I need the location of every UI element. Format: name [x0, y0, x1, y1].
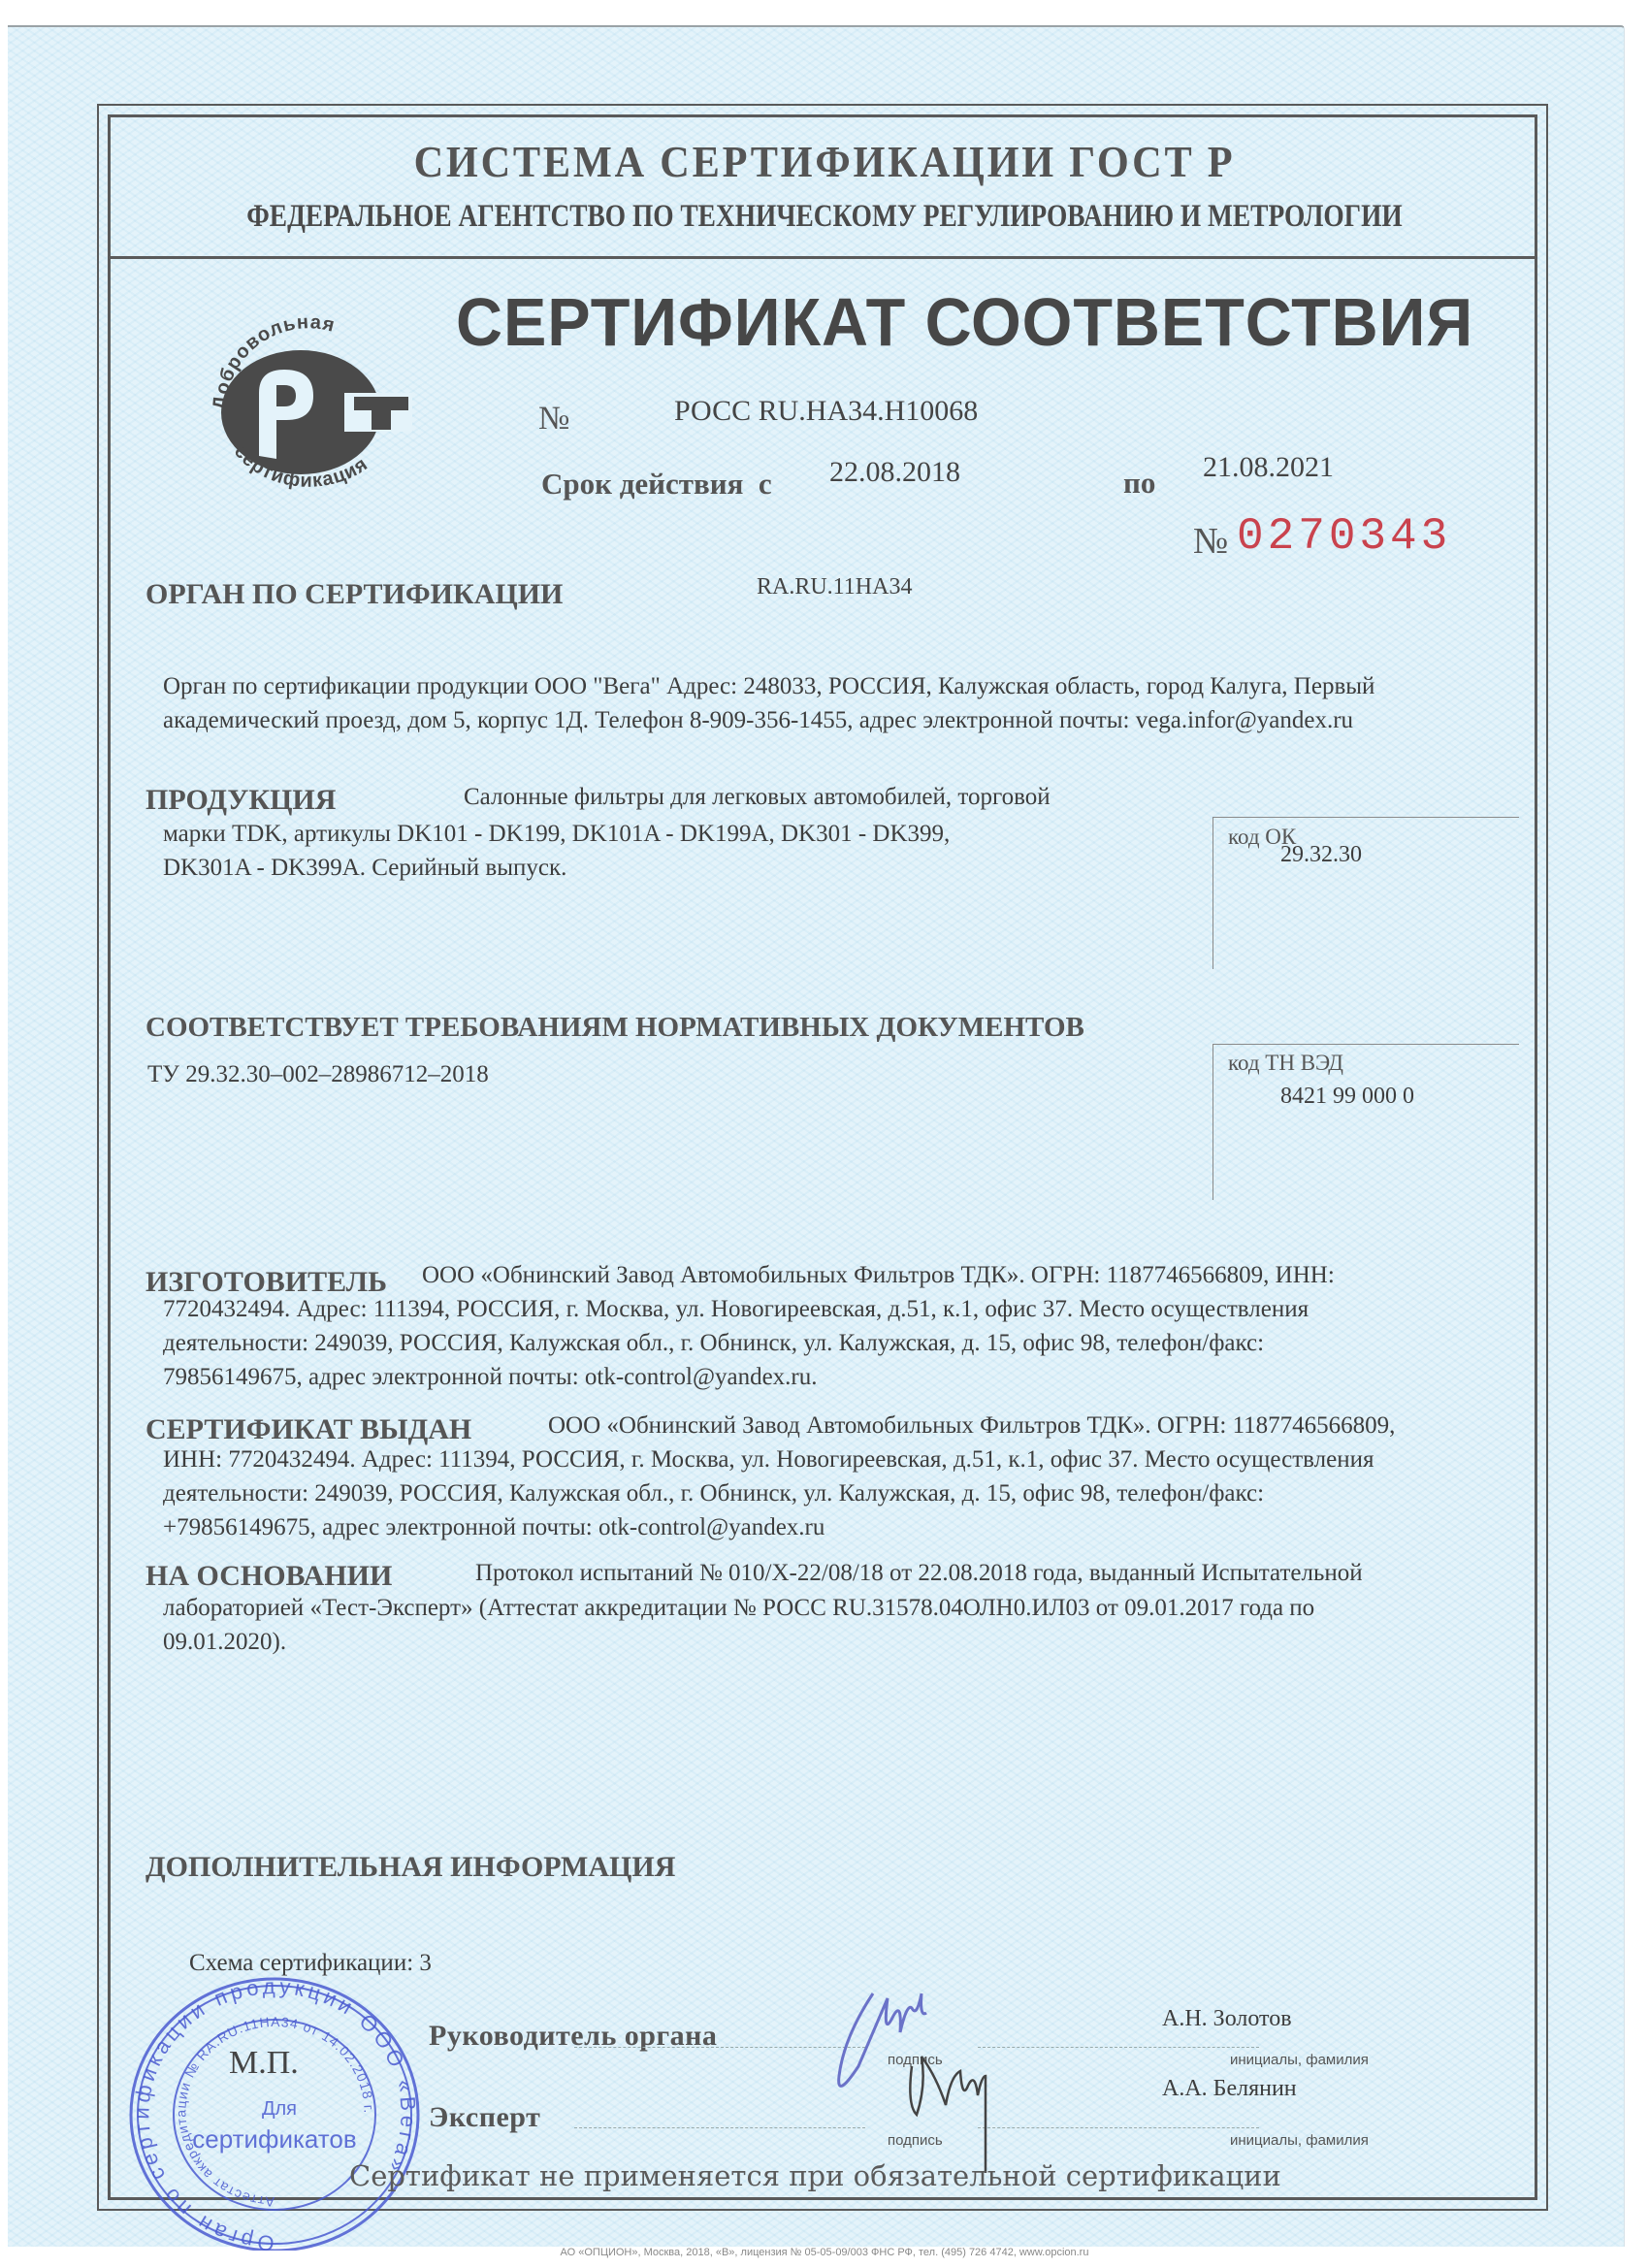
conformity-heading: СООТВЕТСТВУЕТ ТРЕБОВАНИЯМ НОРМАТИВНЫХ ДО…: [145, 1012, 1084, 1044]
organization-stamp-icon: Орган по сертификации продукции ООО «Вег…: [124, 1969, 425, 2251]
stamp-place-label: М.П.: [229, 2045, 299, 2082]
head-name-caption: инициалы, фамилия: [1230, 2052, 1369, 2068]
validity-label: Срок действия с: [541, 467, 772, 502]
issued-to-heading: СЕРТИФИКАТ ВЫДАН: [145, 1413, 471, 1446]
to-label: по: [1123, 466, 1155, 501]
stamp-center-text-1: Для: [262, 2098, 297, 2120]
certification-body-text: Орган по сертификации продукции ООО "Вег…: [163, 669, 1521, 737]
manufacturer-text-rest: 7720432494. Адрес: 111394, РОССИЯ, г. Мо…: [163, 1292, 1309, 1394]
certificate-number: РОСС RU.НА34.Н10068: [674, 395, 978, 428]
expert-name: А.А. Белянин: [1162, 2076, 1297, 2102]
voluntary-disclaimer: Сертификат не применяется при обязательн…: [349, 2159, 1281, 2192]
product-text-first: Салонные фильтры для легковых автомобиле…: [464, 780, 1051, 814]
printer-imprint: АО «ОПЦИОН», Москва, 2018, «В», лицензия…: [0, 2247, 1649, 2258]
certification-body-heading: ОРГАН ПО СЕРТИФИКАЦИИ: [145, 578, 563, 611]
header-divider: [108, 256, 1537, 259]
valid-to-date: 21.08.2021: [1203, 451, 1334, 484]
basis-heading: НА ОСНОВАНИИ: [145, 1560, 392, 1593]
tn-ved-label: код ТН ВЭД: [1228, 1051, 1343, 1076]
rst-mark-icon: Добровольная сертификация: [199, 296, 412, 500]
product-text-rest: марки TDK, артикулы DK101 - DK199, DK101…: [163, 817, 950, 885]
basis-text-rest: лабораторией «Тест-Эксперт» (Аттестат ак…: [163, 1591, 1314, 1659]
certificate-title: СЕРТИФИКАТ СООТВЕТСТВИЯ: [456, 283, 1473, 361]
expert-label: Эксперт: [429, 2101, 540, 2134]
tn-ved-value: 8421 99 000 0: [1280, 1084, 1414, 1110]
certification-body-code: RA.RU.11НА34: [757, 574, 912, 600]
expert-name-caption: инициалы, фамилия: [1230, 2132, 1369, 2149]
issued-to-text-first: ООО «Обнинский Завод Автомобильных Фильт…: [548, 1409, 1395, 1442]
from-label: с: [759, 467, 772, 501]
additional-info-heading: ДОПОЛНИТЕЛЬНАЯ ИНФОРМАЦИЯ: [145, 1851, 675, 1884]
issued-to-text-rest: ИНН: 7720432494. Адрес: 111394, РОССИЯ, …: [163, 1442, 1374, 1544]
valid-from-date: 22.08.2018: [829, 456, 960, 489]
manufacturer-text-first: ООО «Обнинский Завод Автомобильных Фильт…: [422, 1258, 1335, 1292]
blank-number: 0270343: [1237, 511, 1451, 562]
validity-text: Срок действия: [541, 467, 743, 501]
agency-title: ФЕДЕРАЛЬНОЕ АГЕНТСТВО ПО ТЕХНИЧЕСКОМУ РЕ…: [141, 199, 1509, 235]
ok-code-value: 29.32.30: [1280, 842, 1362, 868]
conformity-document: ТУ 29.32.30–002–28986712–2018: [147, 1057, 489, 1091]
blank-number-label: №: [1193, 520, 1228, 563]
basis-text-first: Протокол испытаний № 010/Х-22/08/18 от 2…: [475, 1556, 1363, 1590]
number-label: №: [538, 401, 569, 437]
stamp-center-text-2: сертификатов: [192, 2124, 356, 2154]
system-title: СИСТЕМА СЕРТИФИКАЦИИ ГОСТ Р: [66, 136, 1583, 187]
head-name: А.Н. Золотов: [1162, 2006, 1292, 2032]
product-heading: ПРОДУКЦИЯ: [145, 784, 336, 817]
